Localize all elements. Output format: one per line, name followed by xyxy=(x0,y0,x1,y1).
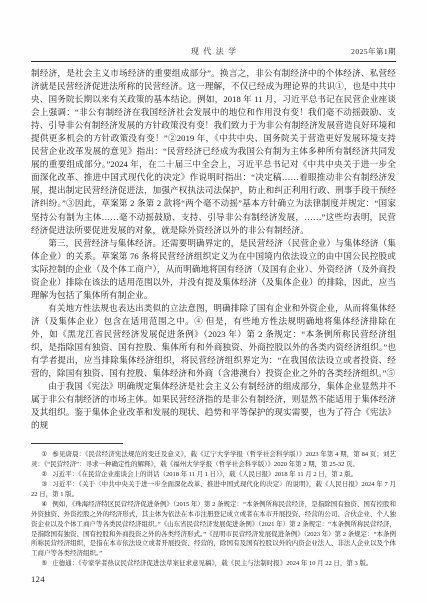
running-head: 现代法学 2025年第1期 xyxy=(31,46,396,58)
journal-title: 现代法学 xyxy=(31,46,396,57)
footnote-item: ⑤庄德通：《专家学者热议民营经济促进法草案征求意见稿》，载《民主与法制时报》20… xyxy=(31,559,396,569)
footnote-text: 例如，《珠海经济特区民营经济促进条例》（2015 年）第 2 条规定：“本条例所… xyxy=(31,501,396,558)
footnote-item: ②习近平：《在民营企业座谈会上的讲话（2018 年 11 月 1 日）》，载《人… xyxy=(31,470,396,480)
body-paragraph: 有关地方性法规也表达出类似的立法意图，明确排除了国有企业和外资企业，从而将集体经… xyxy=(31,302,396,380)
footnote-text: 参见唐晨：《民营经济宪法规范的变迁及意义》，载《辽宁大学学报（哲学社会科学版）》… xyxy=(31,451,396,468)
footnote-item: ④例如，《珠海经济特区民营经济促进条例》（2015 年）第 2 条规定：“本条例… xyxy=(31,500,396,559)
footnote-item: ①参见唐晨：《民营经济宪法规范的变迁及意义》，载《辽宁大学学报（哲学社会科学版）… xyxy=(31,450,396,470)
body-paragraph: 第三，民营经济与集体经济。还需要明确界定的，是民营经济（民营企业）与集体经济（集… xyxy=(31,237,396,302)
body-paragraph: 由于我国《宪法》明确规定集体经济是社会主义公有制经济的组成部分，集体企业显然并不… xyxy=(31,380,396,432)
footnote-marker: ④ xyxy=(41,501,47,508)
footnote-marker: ⑤ xyxy=(41,560,47,567)
footnote-separator xyxy=(31,443,123,444)
footnote-marker: ① xyxy=(41,451,47,458)
footnote-text: 庄德通：《专家学者热议民营经济促进法草案征求意见稿》，载《民主与法制时报》202… xyxy=(52,560,372,567)
journal-page: 现代法学 2025年第1期 制经济，是社会主义市场经济的重要组成部分”。换言之，… xyxy=(0,0,427,603)
body-paragraph-continuation: 制经济，是社会主义市场经济的重要组成部分”。换言之，非公有制经济中的个体经济、私… xyxy=(31,67,396,237)
footnote-marker: ② xyxy=(41,471,47,478)
footnote-text: 习近平：《关于〈中共中央关于进一步全面深化改革、推进中国式现代化的决定〉的说明》… xyxy=(31,481,396,498)
page-number: 124 xyxy=(31,574,396,584)
footnote-text: 习近平：《在民营企业座谈会上的讲话（2018 年 11 月 1 日）》，载《人民… xyxy=(52,471,357,478)
article-body: 制经济，是社会主义市场经济的重要组成部分”。换言之，非公有制经济中的个体经济、私… xyxy=(31,67,396,432)
header-rule xyxy=(31,61,396,62)
footnote-marker: ③ xyxy=(41,481,47,488)
footnote-list: ①参见唐晨：《民营经济宪法规范的变迁及意义》，载《辽宁大学学报（哲学社会科学版）… xyxy=(31,450,396,569)
footnote-item: ③习近平：《关于〈中共中央关于进一步全面深化改革、推进中国式现代化的决定〉的说明… xyxy=(31,480,396,500)
issue-label: 2025年第1期 xyxy=(351,46,396,57)
